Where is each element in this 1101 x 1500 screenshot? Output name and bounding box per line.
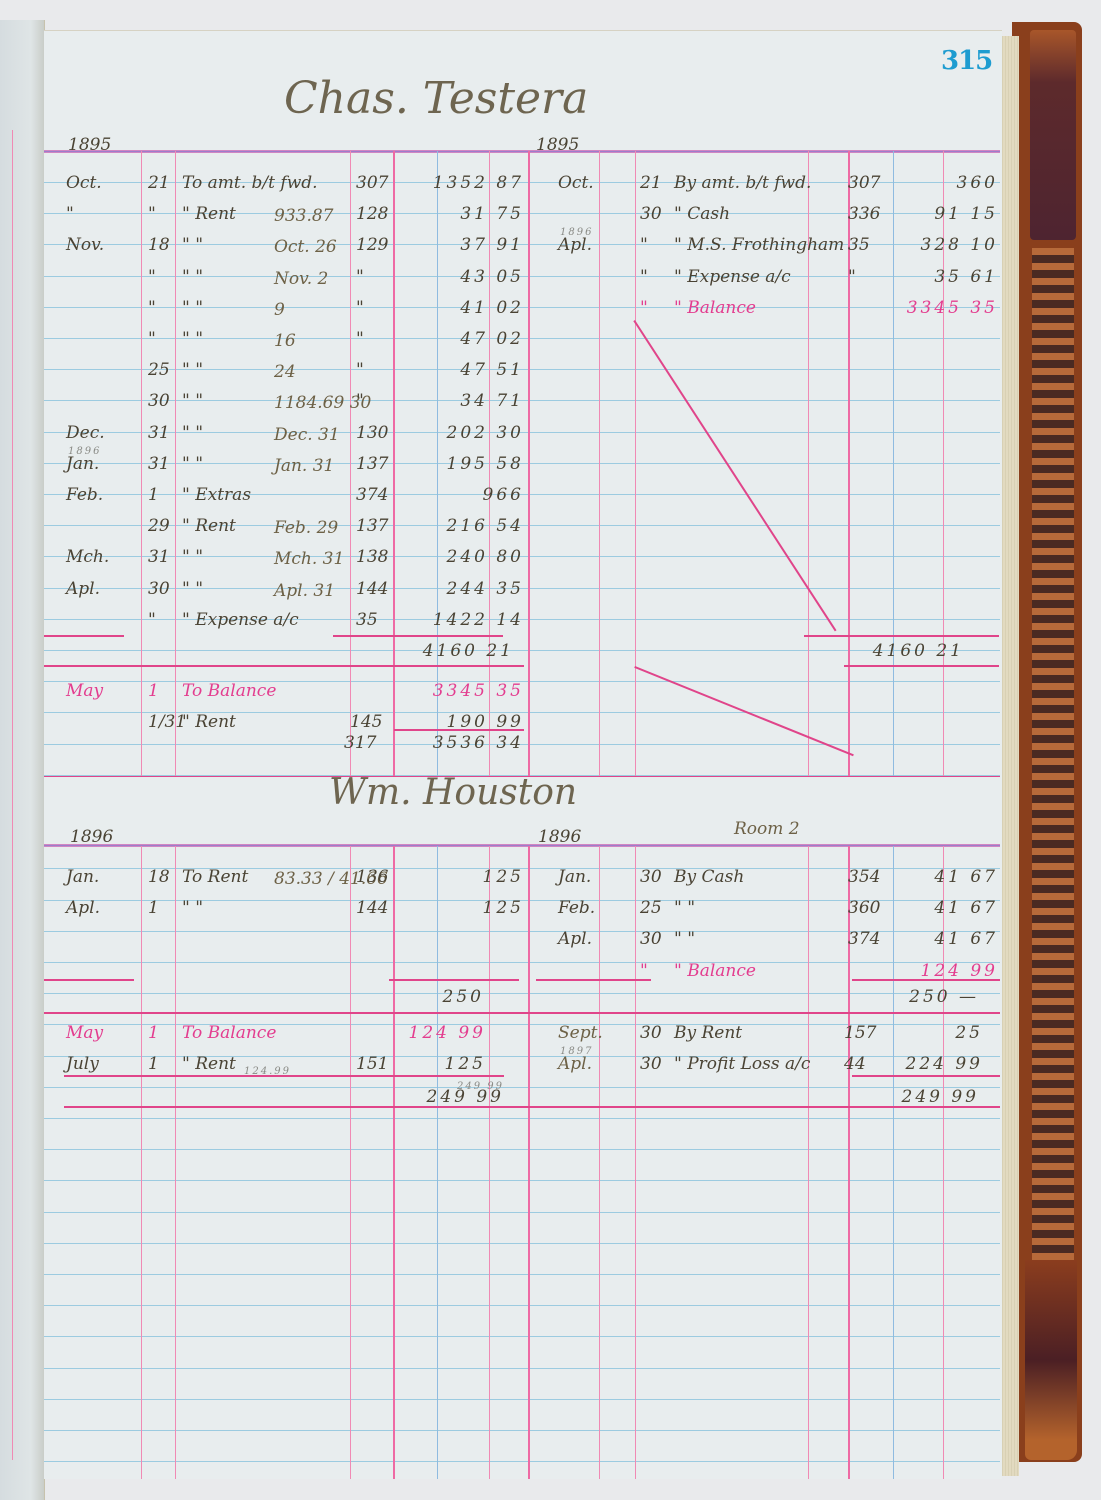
entry-description: " Profit Loss a/c (674, 1054, 810, 1074)
entry-amount: 966 (396, 485, 524, 505)
entry-description: " Rent (182, 204, 236, 224)
entry-month: Apl. (66, 579, 100, 599)
entry-year-note: 1897 (560, 1042, 593, 1062)
entry-day: " (640, 235, 648, 255)
entry-amount: 31 75 (396, 204, 524, 224)
entry-amount: 124 99 (888, 961, 998, 981)
entry-amount: 41 02 (396, 298, 524, 318)
entry-day: " (640, 961, 648, 981)
entry-ref: 35 (848, 235, 870, 255)
entry-ref: 144 (356, 898, 388, 918)
entry-day: 1 (148, 898, 159, 918)
ruled-line (44, 1430, 1000, 1431)
entry-ref: 144 (356, 579, 388, 599)
entry-ref: 128 (356, 204, 388, 224)
entry-amount: 35 61 (888, 267, 998, 287)
entry-ref: " (356, 360, 364, 380)
entry-year-note: 1896 (68, 442, 101, 462)
entry-ref: 138 (356, 547, 388, 567)
closing-rule (804, 635, 999, 637)
entry-day: 29 (148, 516, 170, 536)
entry-day: 30 (148, 579, 170, 599)
entry-description: " Expense a/c (182, 610, 299, 630)
entry-day: 30 (640, 1054, 662, 1074)
entry-amount: 41 67 (888, 898, 998, 918)
entry-day: 1/31 (148, 712, 186, 732)
entry-amount: 360 (888, 173, 998, 193)
entry-description: " M.S. Frothingham (674, 235, 844, 255)
entry-day: 1 (148, 485, 159, 505)
entry-amount: 34 71 (396, 391, 524, 411)
column-rule (528, 151, 530, 776)
entry-day: " (148, 204, 156, 224)
entry-day: 30 (640, 1023, 662, 1043)
entry-ref: " (848, 267, 856, 287)
entry-description: " " (182, 267, 203, 287)
entry-note: 9 (274, 300, 285, 320)
entry-day: 18 (148, 235, 170, 255)
entry-day: 31 (148, 423, 170, 443)
entry-note: 933.87 (274, 206, 333, 226)
entry-month: May (66, 1023, 103, 1043)
entry-amount: 125 (396, 867, 524, 887)
entry-note: 124.99 (244, 1062, 291, 1082)
entry-description: " " (182, 391, 203, 411)
entry-amount: 3345 35 (888, 298, 998, 318)
entry-amount: 240 80 (396, 547, 524, 567)
pencil-subtotal: 249 99 (404, 1077, 504, 1097)
entry-note: Dec. 31 (274, 425, 340, 445)
column-rule (808, 846, 809, 1479)
entry-description: " " (674, 929, 695, 949)
entry-day: 30 (148, 391, 170, 411)
entry-amount: 244 35 (396, 579, 524, 599)
entry-note: Apl. 31 (274, 581, 335, 601)
entry-day: " (640, 298, 648, 318)
entry-description: " " (182, 423, 203, 443)
credit-year: 1895 (536, 135, 579, 155)
entry-day: 31 (148, 454, 170, 474)
column-rule (599, 846, 600, 1479)
column-rule (141, 151, 142, 776)
debit-total: 4160 21 (394, 641, 514, 661)
closing-rule (536, 979, 651, 981)
entry-month: Oct. (66, 173, 102, 193)
entry-day: 25 (148, 360, 170, 380)
ruled-line (44, 1118, 1000, 1119)
entry-ref: 151 (356, 1054, 388, 1074)
entry-description: " " (182, 547, 203, 567)
ruled-line (44, 1368, 1000, 1369)
entry-ref: 307 (356, 173, 388, 193)
entry-note: Nov. 2 (274, 269, 328, 289)
entry-day: 31 (148, 547, 170, 567)
entry-amount: 43 05 (396, 267, 524, 287)
entry-description: " " (182, 454, 203, 474)
debit-year: 1895 (68, 135, 111, 155)
account-name: Wm. Houston (329, 783, 577, 803)
entry-description: By amt. b/t fwd. (674, 173, 811, 193)
entry-amount: 3345 35 (396, 681, 524, 701)
entry-note: Jan. 31 (274, 456, 334, 476)
entry-month: Mch. (66, 547, 109, 567)
final-ref: 317 (344, 733, 376, 753)
header-rule-2 (44, 844, 1000, 847)
entry-ref: 307 (848, 173, 880, 193)
closing-rule (44, 665, 524, 667)
column-rule (599, 151, 600, 776)
entry-ref: 374 (356, 485, 388, 505)
ruled-line (44, 1212, 1000, 1213)
entry-ref: 157 (844, 1023, 876, 1043)
entry-description: " " (674, 898, 695, 918)
cancel-diagonal (633, 320, 836, 631)
entry-ref: 137 (356, 516, 388, 536)
entry-description: " " (182, 360, 203, 380)
ruled-line (44, 1274, 1000, 1275)
column-rule (528, 846, 530, 1479)
entry-description: To Balance (182, 1023, 276, 1043)
entry-description: To Balance (182, 681, 276, 701)
closing-rule (44, 635, 124, 637)
entry-amount: 202 30 (396, 423, 524, 443)
entry-amount: 37 91 (396, 235, 524, 255)
entry-description: " Expense a/c (674, 267, 791, 287)
entry-note: Mch. 31 (274, 549, 344, 569)
entry-ref: " (356, 267, 364, 287)
debit-total: 250 (394, 987, 484, 1007)
ruled-line (44, 1461, 1000, 1462)
closing-rule (389, 979, 519, 981)
entry-ref: 136 (356, 867, 388, 887)
entry-note: 16 (274, 331, 296, 351)
entry-ref: 44 (844, 1054, 866, 1074)
entry-description: By Cash (674, 867, 744, 887)
entry-day: " (148, 610, 156, 630)
ledger-page: 315 Chas. Testera 1895 1895 Oct.21To amt… (44, 30, 1002, 1479)
entry-day: 30 (640, 867, 662, 887)
entry-day: 30 (640, 929, 662, 949)
final-total: 3536 34 (394, 733, 524, 753)
ruled-line (44, 1243, 1000, 1244)
entry-description: " Balance (674, 298, 756, 318)
account-name: Chas. Testera (284, 89, 588, 109)
entry-description: To amt. b/t fwd. (182, 173, 318, 193)
entry-day: 1 (148, 681, 159, 701)
column-rule (635, 846, 636, 1479)
ruled-line (44, 1149, 1000, 1150)
entry-month: Feb. (558, 898, 595, 918)
entry-description: " " (182, 298, 203, 318)
entry-month: Apl. (558, 929, 592, 949)
entry-amount: 1422 14 (396, 610, 524, 630)
header-rule-1 (44, 150, 1000, 153)
entry-month: May (66, 681, 103, 701)
entry-day: " (148, 267, 156, 287)
entry-amount: 41 67 (888, 929, 998, 949)
entry-amount: 47 51 (396, 360, 524, 380)
column-rule (350, 846, 351, 1479)
entry-amount: 195 58 (396, 454, 524, 474)
column-rule (393, 151, 395, 776)
entry-note: Oct. 26 (274, 237, 337, 257)
ruled-line (44, 1180, 1000, 1181)
entry-amount: 125 (396, 1054, 486, 1074)
entry-amount: 25 (888, 1023, 983, 1043)
entry-day: 30 (640, 204, 662, 224)
entry-description: " " (182, 579, 203, 599)
entry-day: 1 (148, 1023, 159, 1043)
entry-ref: 360 (848, 898, 880, 918)
entry-day: " (148, 298, 156, 318)
entry-note: 24 (274, 362, 296, 382)
entry-description: " Cash (674, 204, 730, 224)
entry-ref: 354 (848, 867, 880, 887)
entry-month: Apl. (66, 898, 100, 918)
closing-rule (44, 1012, 1000, 1014)
room-label: Room 2 (734, 819, 800, 839)
ruled-line (44, 1305, 1000, 1306)
entry-ref: 35 (356, 610, 378, 630)
entry-month: Nov. (66, 235, 104, 255)
credit-total: 250 — (844, 987, 979, 1007)
column-rule (635, 151, 636, 776)
entry-ref: " (356, 391, 364, 411)
entry-amount: 125 (396, 898, 524, 918)
entry-description: " Rent (182, 1054, 236, 1074)
entry-ref: 145 (350, 712, 382, 732)
closing-rule (852, 979, 1000, 981)
entry-description: " Rent (182, 516, 236, 536)
previous-page-edge (0, 20, 45, 1500)
cover-corner (1025, 1260, 1077, 1460)
entry-month: Jan. (558, 867, 591, 887)
entry-day: " (148, 329, 156, 349)
entry-description: " " (182, 235, 203, 255)
closing-rule (844, 665, 999, 667)
entry-amount: 216 54 (396, 516, 524, 536)
entry-year-note: 1896 (560, 223, 593, 243)
entry-amount: 224 99 (888, 1054, 983, 1074)
entry-month: Sept. (558, 1023, 603, 1043)
entry-day: " (640, 267, 648, 287)
column-rule (175, 846, 176, 1479)
ruled-line (44, 1336, 1000, 1337)
entry-amount: 47 02 (396, 329, 524, 349)
entry-day: 21 (148, 173, 170, 193)
entry-description: " Balance (674, 961, 756, 981)
column-rule (489, 846, 490, 1479)
page-number: 315 (941, 51, 992, 71)
page-edges (1000, 36, 1019, 1476)
entry-description: " Extras (182, 485, 251, 505)
entry-description: By Rent (674, 1023, 742, 1043)
column-rule (437, 846, 438, 1479)
entry-ref: 130 (356, 423, 388, 443)
entry-ref: 374 (848, 929, 880, 949)
entry-day: 18 (148, 867, 170, 887)
entry-ref: " (356, 298, 364, 318)
ruled-line (44, 1399, 1000, 1400)
entry-amount: 1352 87 (396, 173, 524, 193)
ruled-line (44, 962, 1000, 963)
entry-ref: 336 (848, 204, 880, 224)
entry-day: 1 (148, 1054, 159, 1074)
entry-amount: 41 67 (888, 867, 998, 887)
cover-leather-patch (1030, 30, 1076, 240)
entry-description: To Rent (182, 867, 248, 887)
entry-month: Feb. (66, 485, 103, 505)
entry-month: Jan. (66, 867, 99, 887)
entry-day: 21 (640, 173, 662, 193)
entry-ref: 137 (356, 454, 388, 474)
entry-month: July (66, 1054, 99, 1074)
column-rule (350, 151, 351, 776)
entry-ref: " (356, 329, 364, 349)
closing-rule (333, 635, 503, 637)
debit-year: 1896 (70, 827, 113, 847)
final-total: 249 99 (844, 1087, 979, 1107)
column-rule (141, 846, 142, 1479)
entry-ref: 129 (356, 235, 388, 255)
entry-description: " " (182, 329, 203, 349)
closing-rule (394, 729, 524, 731)
entry-amount: 124 99 (396, 1023, 486, 1043)
entry-description: " Rent (182, 712, 236, 732)
entry-month: Oct. (558, 173, 594, 193)
column-rule (393, 846, 395, 1479)
entry-day: 25 (640, 898, 662, 918)
credit-year: 1896 (538, 827, 581, 847)
entry-description: " " (182, 898, 203, 918)
closing-rule (44, 979, 134, 981)
entry-amount: 328 10 (888, 235, 998, 255)
entry-amount: 91 15 (888, 204, 998, 224)
column-rule (175, 151, 176, 776)
credit-total: 4160 21 (844, 641, 964, 661)
entry-note: Feb. 29 (274, 518, 338, 538)
entry-month: " (66, 204, 74, 224)
entry-month: Dec. (66, 423, 105, 443)
closing-rule (852, 1075, 1000, 1077)
cover-marbled-edge (1032, 248, 1074, 1378)
